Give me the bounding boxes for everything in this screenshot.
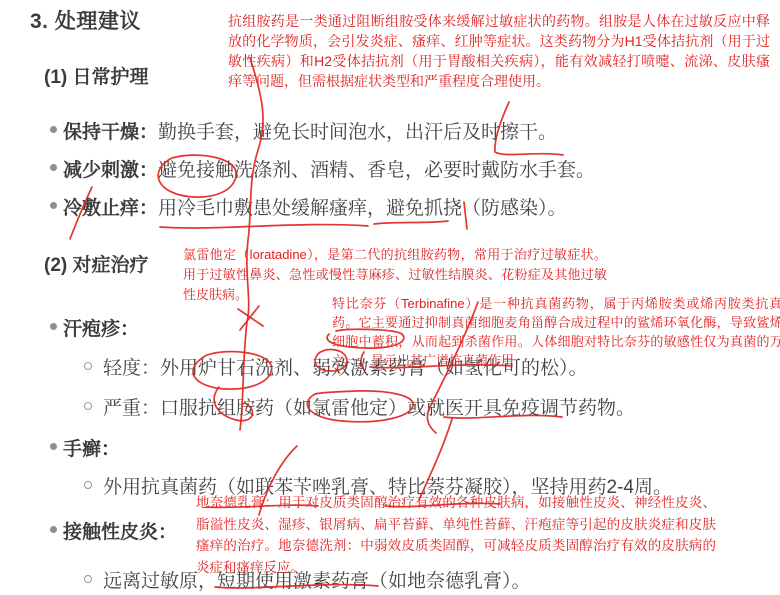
condition-tinea-manuum: 手癣： xyxy=(63,434,120,461)
document-page: 3. 处理建议 抗组胺药是一类通过阻断组胺受体来缓解过敏症状的药物。组胺是人体在… xyxy=(0,0,780,595)
circle-bullet-icon xyxy=(84,402,92,410)
section-2-heading: (2) 对症治疗 xyxy=(44,250,149,277)
circle-bullet-icon xyxy=(84,481,92,489)
daily-care-item-keep-dry: 保持干燥：勤换手套，避免长时间泡水，出汗后及时擦干。 xyxy=(63,117,557,144)
section-1-heading: (1) 日常护理 xyxy=(44,62,149,89)
circle-bullet-icon xyxy=(84,575,92,583)
item-lead: 手癣： xyxy=(63,439,120,460)
cross-mark xyxy=(238,306,263,330)
item-lead: 冷敷止痒： xyxy=(63,198,158,219)
circle-bullet-icon xyxy=(84,362,92,370)
daily-care-item-reduce-irritation: 减少刺激：避免接触洗涤剂、酒精、香皂，必要时戴防水手套。 xyxy=(63,155,595,182)
bullet-dot-icon xyxy=(50,126,57,133)
item-lead: 保持干燥： xyxy=(63,122,158,143)
daily-care-item-cold-compress: 冷敷止痒：用冷毛巾敷患处缓解瘙痒，避免抓挠（防感染）。 xyxy=(63,193,567,220)
bullet-dot-icon xyxy=(50,164,57,171)
dermatitis-treatment: 远离过敏原，短期使用激素药膏（如地奈德乳膏）。 xyxy=(103,566,531,593)
tinea-treatment: 外用抗真菌药（如联苯苄唑乳膏、特比萘芬凝胶），坚持用药2-4周。 xyxy=(103,472,672,499)
bullet-dot-icon xyxy=(50,443,57,450)
bullet-dot-icon xyxy=(50,526,57,533)
item-text: 避免接触洗涤剂、酒精、香皂，必要时戴防水手套。 xyxy=(158,160,595,181)
condition-contact-dermatitis: 接触性皮炎： xyxy=(63,517,177,544)
item-lead: 减少刺激： xyxy=(63,160,158,181)
item-lead: 接触性皮炎： xyxy=(63,522,177,543)
item-lead: 汗疱疹： xyxy=(63,319,139,340)
item-text: 用冷毛巾敷患处缓解瘙痒，避免抓挠（防感染）。 xyxy=(158,198,567,219)
annotation-antihistamine-note: 抗组胺药是一类通过阻断组胺受体来缓解过敏症状的药物。组胺是人体在过敏反应中释放的… xyxy=(228,11,770,91)
item-text: 勤换手套，避免长时间泡水，出汗后及时擦干。 xyxy=(158,122,557,143)
underline-cold-towel xyxy=(160,225,368,228)
pompholyx-severe-treatment: 严重：口服抗组胺药（如氯雷他定）或就医开具免疫调节药物。 xyxy=(103,393,635,420)
bullet-dot-icon xyxy=(50,202,57,209)
page-title: 3. 处理建议 xyxy=(30,5,141,35)
condition-pompholyx: 汗疱疹： xyxy=(63,314,139,341)
pompholyx-mild-treatment: 轻度：外用炉甘石洗剂、弱效激素药膏（如氢化可的松）。 xyxy=(103,353,588,380)
bullet-dot-icon xyxy=(50,323,57,330)
